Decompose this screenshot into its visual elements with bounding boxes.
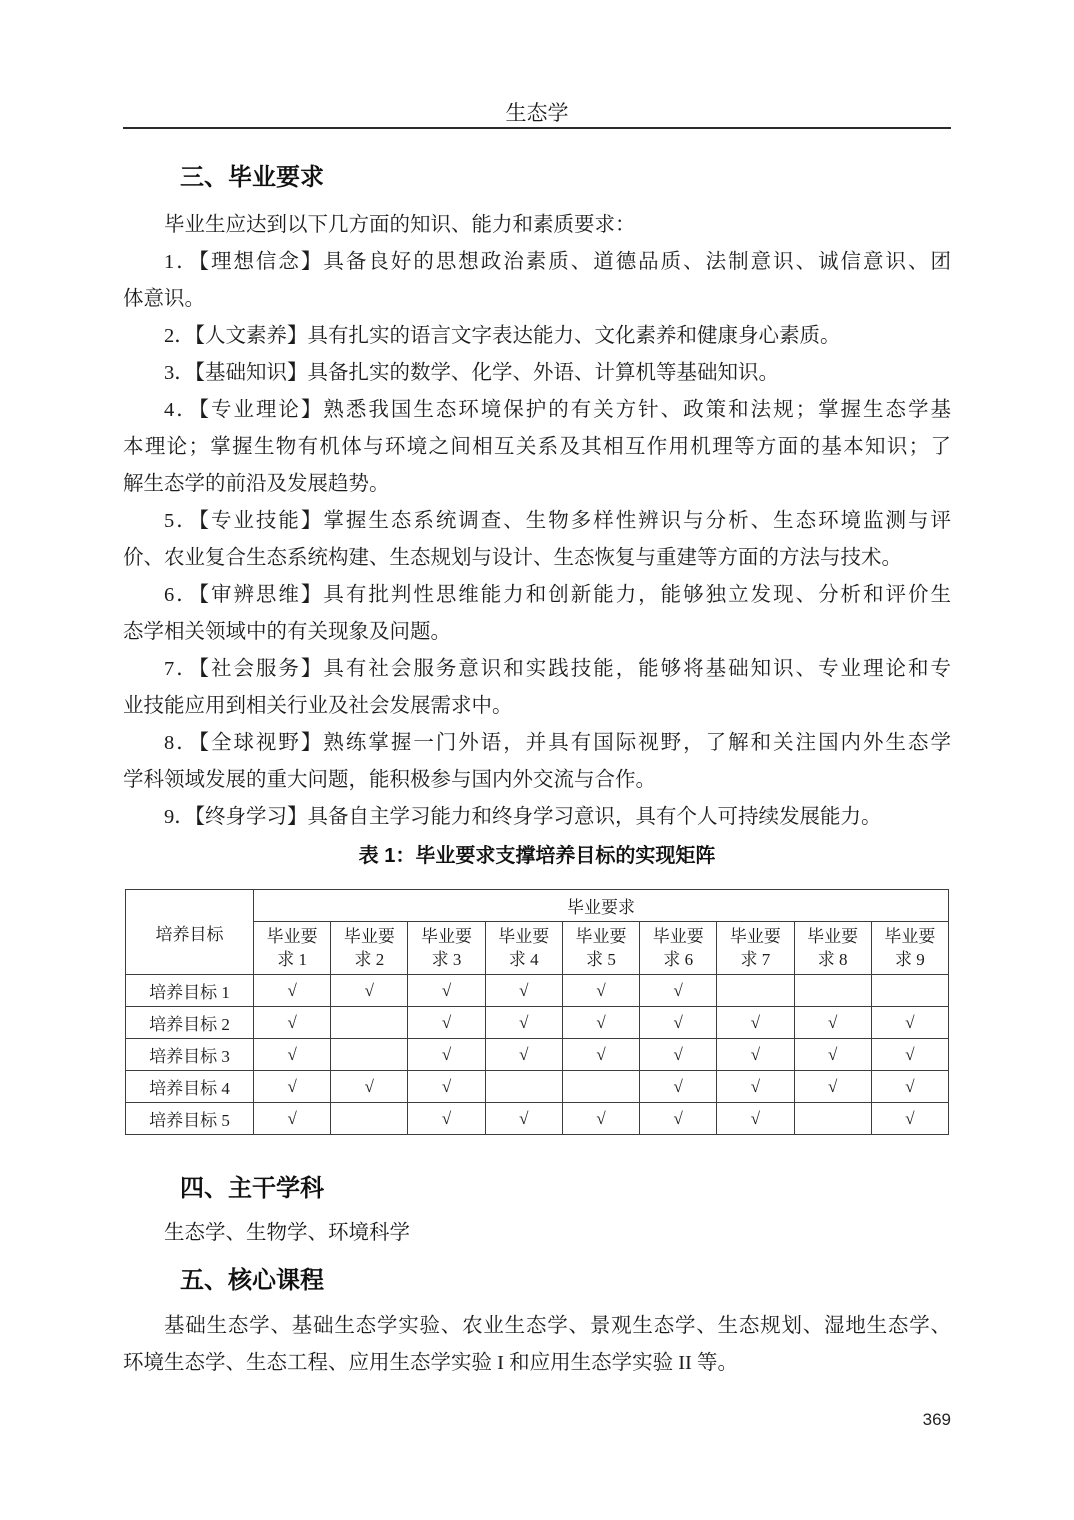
table-check-cell-5-5: √ bbox=[562, 1103, 639, 1135]
table-check-cell-4-7: √ bbox=[717, 1071, 794, 1103]
core-course-line-2: 环境生态学、生态工程、应用生态学实验 I 和应用生态学实验 II 等。 bbox=[123, 1345, 951, 1382]
table-check-cell-2-9: √ bbox=[871, 1007, 948, 1039]
table-row-5: 培养目标 5√√√√√√√ bbox=[126, 1103, 949, 1135]
table-check-cell-2-6: √ bbox=[640, 1007, 717, 1039]
table-check-cell-3-5: √ bbox=[562, 1039, 639, 1071]
table-row-4: 培养目标 4√√√√√√√ bbox=[126, 1071, 949, 1103]
running-header: 生态学 bbox=[123, 0, 951, 126]
table-check-cell-4-4 bbox=[485, 1071, 562, 1103]
table-check-cell-4-3: √ bbox=[408, 1071, 485, 1103]
table-check-cell-1-4: √ bbox=[485, 975, 562, 1007]
table-row-label: 培养目标 3 bbox=[126, 1039, 254, 1071]
table-check-cell-4-5 bbox=[562, 1071, 639, 1103]
table-corner-header: 培养目标 bbox=[126, 890, 254, 975]
table-check-cell-1-9 bbox=[871, 975, 948, 1007]
major-disciplines: 生态学、生物学、环境科学 bbox=[123, 1215, 951, 1252]
table-check-cell-2-2 bbox=[331, 1007, 408, 1039]
graduation-line-17: 9．【终身学习】具备自主学习能力和终身学习意识，具有个人可持续发展能力。 bbox=[123, 799, 951, 836]
graduation-line-9: 5．【专业技能】掌握生态系统调查、生物多样性辨识与分析、生态环境监测与评 bbox=[123, 503, 951, 540]
graduation-line-16: 学科领域发展的重大问题，能积极参与国内外交流与合作。 bbox=[123, 762, 951, 799]
table-col-header-4: 毕业要 求 4 bbox=[485, 922, 562, 975]
section-heading-core: 五、核心课程 bbox=[180, 1267, 951, 1295]
graduation-line-1: 毕业生应达到以下几方面的知识、能力和素质要求： bbox=[123, 207, 951, 244]
table-check-cell-1-7 bbox=[717, 975, 794, 1007]
graduation-line-10: 价、农业复合生态系统构建、生态规划与设计、生态恢复与重建等方面的方法与技术。 bbox=[123, 540, 951, 577]
graduation-line-15: 8．【全球视野】熟练掌握一门外语，并具有国际视野，了解和关注国内外生态学 bbox=[123, 725, 951, 762]
graduation-line-3: 体意识。 bbox=[123, 281, 951, 318]
table-check-cell-5-6: √ bbox=[640, 1103, 717, 1135]
table-check-cell-5-1: √ bbox=[254, 1103, 331, 1135]
core-course-line-1: 基础生态学、基础生态学实验、农业生态学、景观生态学、生态规划、湿地生态学、 bbox=[123, 1308, 951, 1345]
table-col-header-2: 毕业要 求 2 bbox=[331, 922, 408, 975]
header-rule bbox=[123, 127, 951, 129]
table-check-cell-1-8 bbox=[794, 975, 871, 1007]
table-check-cell-2-7: √ bbox=[717, 1007, 794, 1039]
table-row-label: 培养目标 1 bbox=[126, 975, 254, 1007]
graduation-line-12: 态学相关领域中的有关现象及问题。 bbox=[123, 614, 951, 651]
core-courses: 基础生态学、基础生态学实验、农业生态学、景观生态学、生态规划、湿地生态学、环境生… bbox=[123, 1308, 951, 1382]
table-check-cell-5-8 bbox=[794, 1103, 871, 1135]
table-title: 表 1：毕业要求支撑培养目标的实现矩阵 bbox=[123, 841, 951, 871]
graduation-line-14: 业技能应用到相关行业及社会发展需求中。 bbox=[123, 688, 951, 725]
table-col-header-7: 毕业要 求 7 bbox=[717, 922, 794, 975]
table-check-cell-3-8: √ bbox=[794, 1039, 871, 1071]
graduation-line-2: 1．【理想信念】具备良好的思想政治素质、道德品质、法制意识、诚信意识、团 bbox=[123, 244, 951, 281]
table-col-header-8: 毕业要 求 8 bbox=[794, 922, 871, 975]
table-check-cell-5-4: √ bbox=[485, 1103, 562, 1135]
matrix-table: 培养目标毕业要求毕业要 求 1毕业要 求 2毕业要 求 3毕业要 求 4毕业要 … bbox=[125, 889, 949, 1135]
table-check-cell-4-8: √ bbox=[794, 1071, 871, 1103]
graduation-line-6: 4．【专业理论】熟悉我国生态环境保护的有关方针、政策和法规；掌握生态学基 bbox=[123, 392, 951, 429]
table-row-3: 培养目标 3√√√√√√√√ bbox=[126, 1039, 949, 1071]
table-check-cell-5-2 bbox=[331, 1103, 408, 1135]
table-check-cell-1-6: √ bbox=[640, 975, 717, 1007]
table-check-cell-3-1: √ bbox=[254, 1039, 331, 1071]
table-col-header-6: 毕业要 求 6 bbox=[640, 922, 717, 975]
table-check-cell-2-4: √ bbox=[485, 1007, 562, 1039]
table-check-cell-2-1: √ bbox=[254, 1007, 331, 1039]
page: 生态学 三、毕业要求 毕业生应达到以下几方面的知识、能力和素质要求：1．【理想信… bbox=[123, 0, 951, 1430]
section-heading-graduation: 三、毕业要求 bbox=[180, 164, 951, 192]
table-row-2: 培养目标 2√√√√√√√√ bbox=[126, 1007, 949, 1039]
table-check-cell-3-9: √ bbox=[871, 1039, 948, 1071]
table-check-cell-3-4: √ bbox=[485, 1039, 562, 1071]
table-col-header-9: 毕业要 求 9 bbox=[871, 922, 948, 975]
table-check-cell-3-6: √ bbox=[640, 1039, 717, 1071]
graduation-line-5: 3．【基础知识】具备扎实的数学、化学、外语、计算机等基础知识。 bbox=[123, 355, 951, 392]
table-check-cell-3-7: √ bbox=[717, 1039, 794, 1071]
graduation-line-13: 7．【社会服务】具有社会服务意识和实践技能，能够将基础知识、专业理论和专 bbox=[123, 651, 951, 688]
graduation-line-7: 本理论；掌握生物有机体与环境之间相互关系及其相互作用机理等方面的基本知识；了 bbox=[123, 429, 951, 466]
table-col-header-3: 毕业要 求 3 bbox=[408, 922, 485, 975]
table-check-cell-5-9: √ bbox=[871, 1103, 948, 1135]
graduation-line-8: 解生态学的前沿及发展趋势。 bbox=[123, 466, 951, 503]
table-check-cell-5-3: √ bbox=[408, 1103, 485, 1135]
table-check-cell-1-5: √ bbox=[562, 975, 639, 1007]
table-check-cell-4-6: √ bbox=[640, 1071, 717, 1103]
table-check-cell-4-2: √ bbox=[331, 1071, 408, 1103]
table-check-cell-2-5: √ bbox=[562, 1007, 639, 1039]
table-check-cell-3-2 bbox=[331, 1039, 408, 1071]
table-check-cell-1-3: √ bbox=[408, 975, 485, 1007]
page-number: 369 bbox=[123, 1410, 951, 1430]
table-check-cell-2-3: √ bbox=[408, 1007, 485, 1039]
graduation-line-4: 2．【人文素养】具有扎实的语言文字表达能力、文化素养和健康身心素质。 bbox=[123, 318, 951, 355]
table-check-cell-4-9: √ bbox=[871, 1071, 948, 1103]
table-check-cell-3-3: √ bbox=[408, 1039, 485, 1071]
section-heading-major: 四、主干学科 bbox=[180, 1175, 951, 1203]
table-col-header-1: 毕业要 求 1 bbox=[254, 922, 331, 975]
table-group-header: 毕业要求 bbox=[254, 890, 949, 922]
table-check-cell-4-1: √ bbox=[254, 1071, 331, 1103]
table-check-cell-1-1: √ bbox=[254, 975, 331, 1007]
table-check-cell-1-2: √ bbox=[331, 975, 408, 1007]
graduation-line-11: 6．【审辨思维】具有批判性思维能力和创新能力，能够独立发现、分析和评价生 bbox=[123, 577, 951, 614]
table-check-cell-5-7: √ bbox=[717, 1103, 794, 1135]
graduation-paragraphs: 毕业生应达到以下几方面的知识、能力和素质要求：1．【理想信念】具备良好的思想政治… bbox=[123, 207, 951, 836]
table-row-label: 培养目标 5 bbox=[126, 1103, 254, 1135]
table-row-label: 培养目标 4 bbox=[126, 1071, 254, 1103]
table-check-cell-2-8: √ bbox=[794, 1007, 871, 1039]
table-row-1: 培养目标 1√√√√√√ bbox=[126, 975, 949, 1007]
table-row-label: 培养目标 2 bbox=[126, 1007, 254, 1039]
table-col-header-5: 毕业要 求 5 bbox=[562, 922, 639, 975]
